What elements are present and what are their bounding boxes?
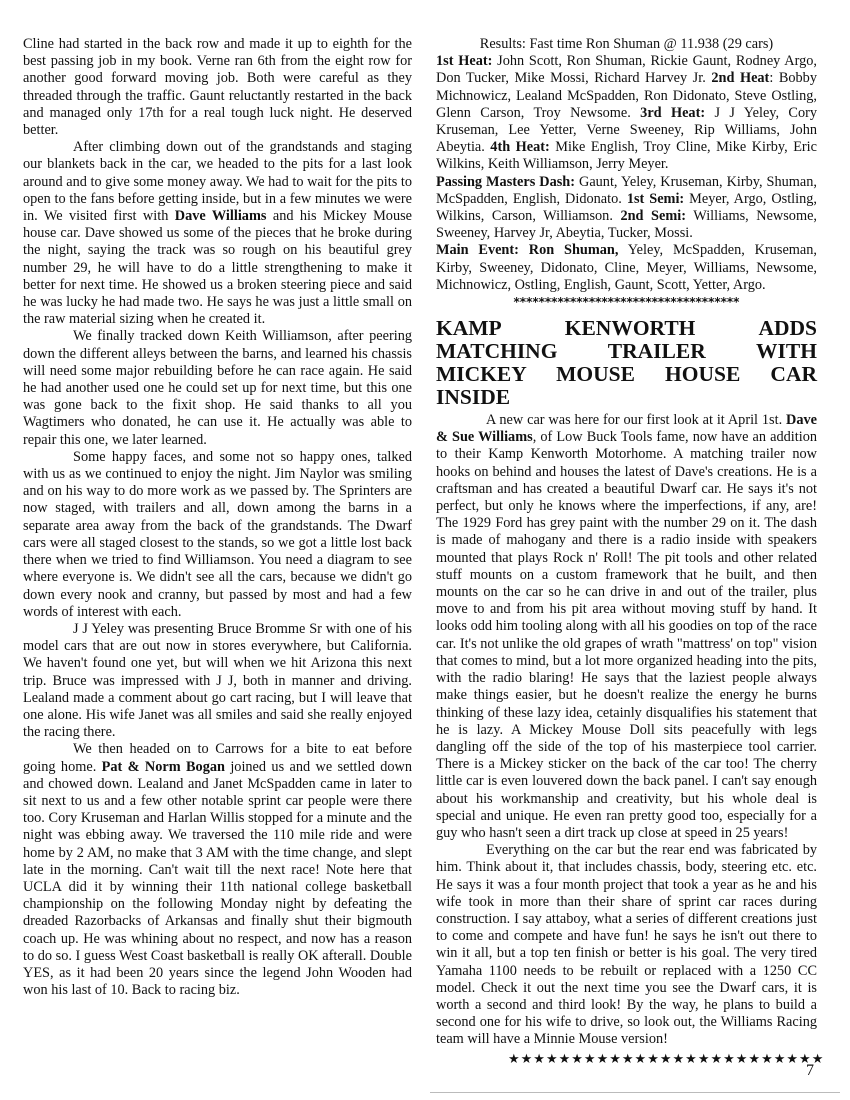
- results-main-event: Main Event: Ron Shuman, Yeley, McSpadden…: [436, 242, 817, 294]
- separator-stars: ************************************: [436, 295, 817, 309]
- article-paragraph: A new car was here for our first look at…: [436, 412, 817, 842]
- dash-label: Passing Masters Dash:: [436, 174, 575, 190]
- heat2-label: 2nd Heat: [711, 70, 769, 86]
- paragraph: We then headed on to Carrows for a bite …: [23, 741, 412, 999]
- bottom-rule: [430, 1092, 840, 1093]
- semi1-label: 1st Semi:: [627, 191, 684, 207]
- results-title: Results: Fast time Ron Shuman @ 11.938 (…: [436, 36, 817, 53]
- results-dash-semis: Passing Masters Dash: Gaunt, Yeley, Krus…: [436, 174, 817, 243]
- heat1-label: 1st Heat:: [436, 53, 492, 69]
- results-heats: 1st Heat: John Scott, Ron Shuman, Rickie…: [436, 53, 817, 173]
- paragraph: After climbing down out of the grandstan…: [23, 139, 412, 328]
- heat3-label: 3rd Heat:: [640, 105, 705, 121]
- page-number: 7: [806, 1062, 814, 1080]
- main-event-label: Main Event: Ron Shuman,: [436, 242, 618, 258]
- bold-name: Dave Williams: [175, 208, 267, 224]
- paragraph: Cline had started in the back row and ma…: [23, 36, 412, 139]
- article-paragraph: Everything on the car but the rear end w…: [436, 842, 817, 1048]
- article-headline: KAMP KENWORTH ADDS MATCHING TRAILER WITH…: [436, 317, 817, 409]
- heat4-label: 4th Heat:: [490, 139, 549, 155]
- paragraph: J J Yeley was presenting Bruce Bromme Sr…: [23, 621, 412, 741]
- separator-stars-bottom: ★★★★★★★★★★★★★★★★★★★★★★★★★: [436, 1053, 817, 1067]
- semi2-label: 2nd Semi:: [620, 208, 686, 224]
- bold-name: Pat & Norm Bogan: [102, 759, 225, 775]
- paragraph: We finally tracked down Keith Williamson…: [23, 328, 412, 448]
- left-column: Cline had started in the back row and ma…: [23, 36, 412, 999]
- right-column: Results: Fast time Ron Shuman @ 11.938 (…: [436, 36, 817, 1075]
- paragraph: Some happy faces, and some not so happy …: [23, 449, 412, 621]
